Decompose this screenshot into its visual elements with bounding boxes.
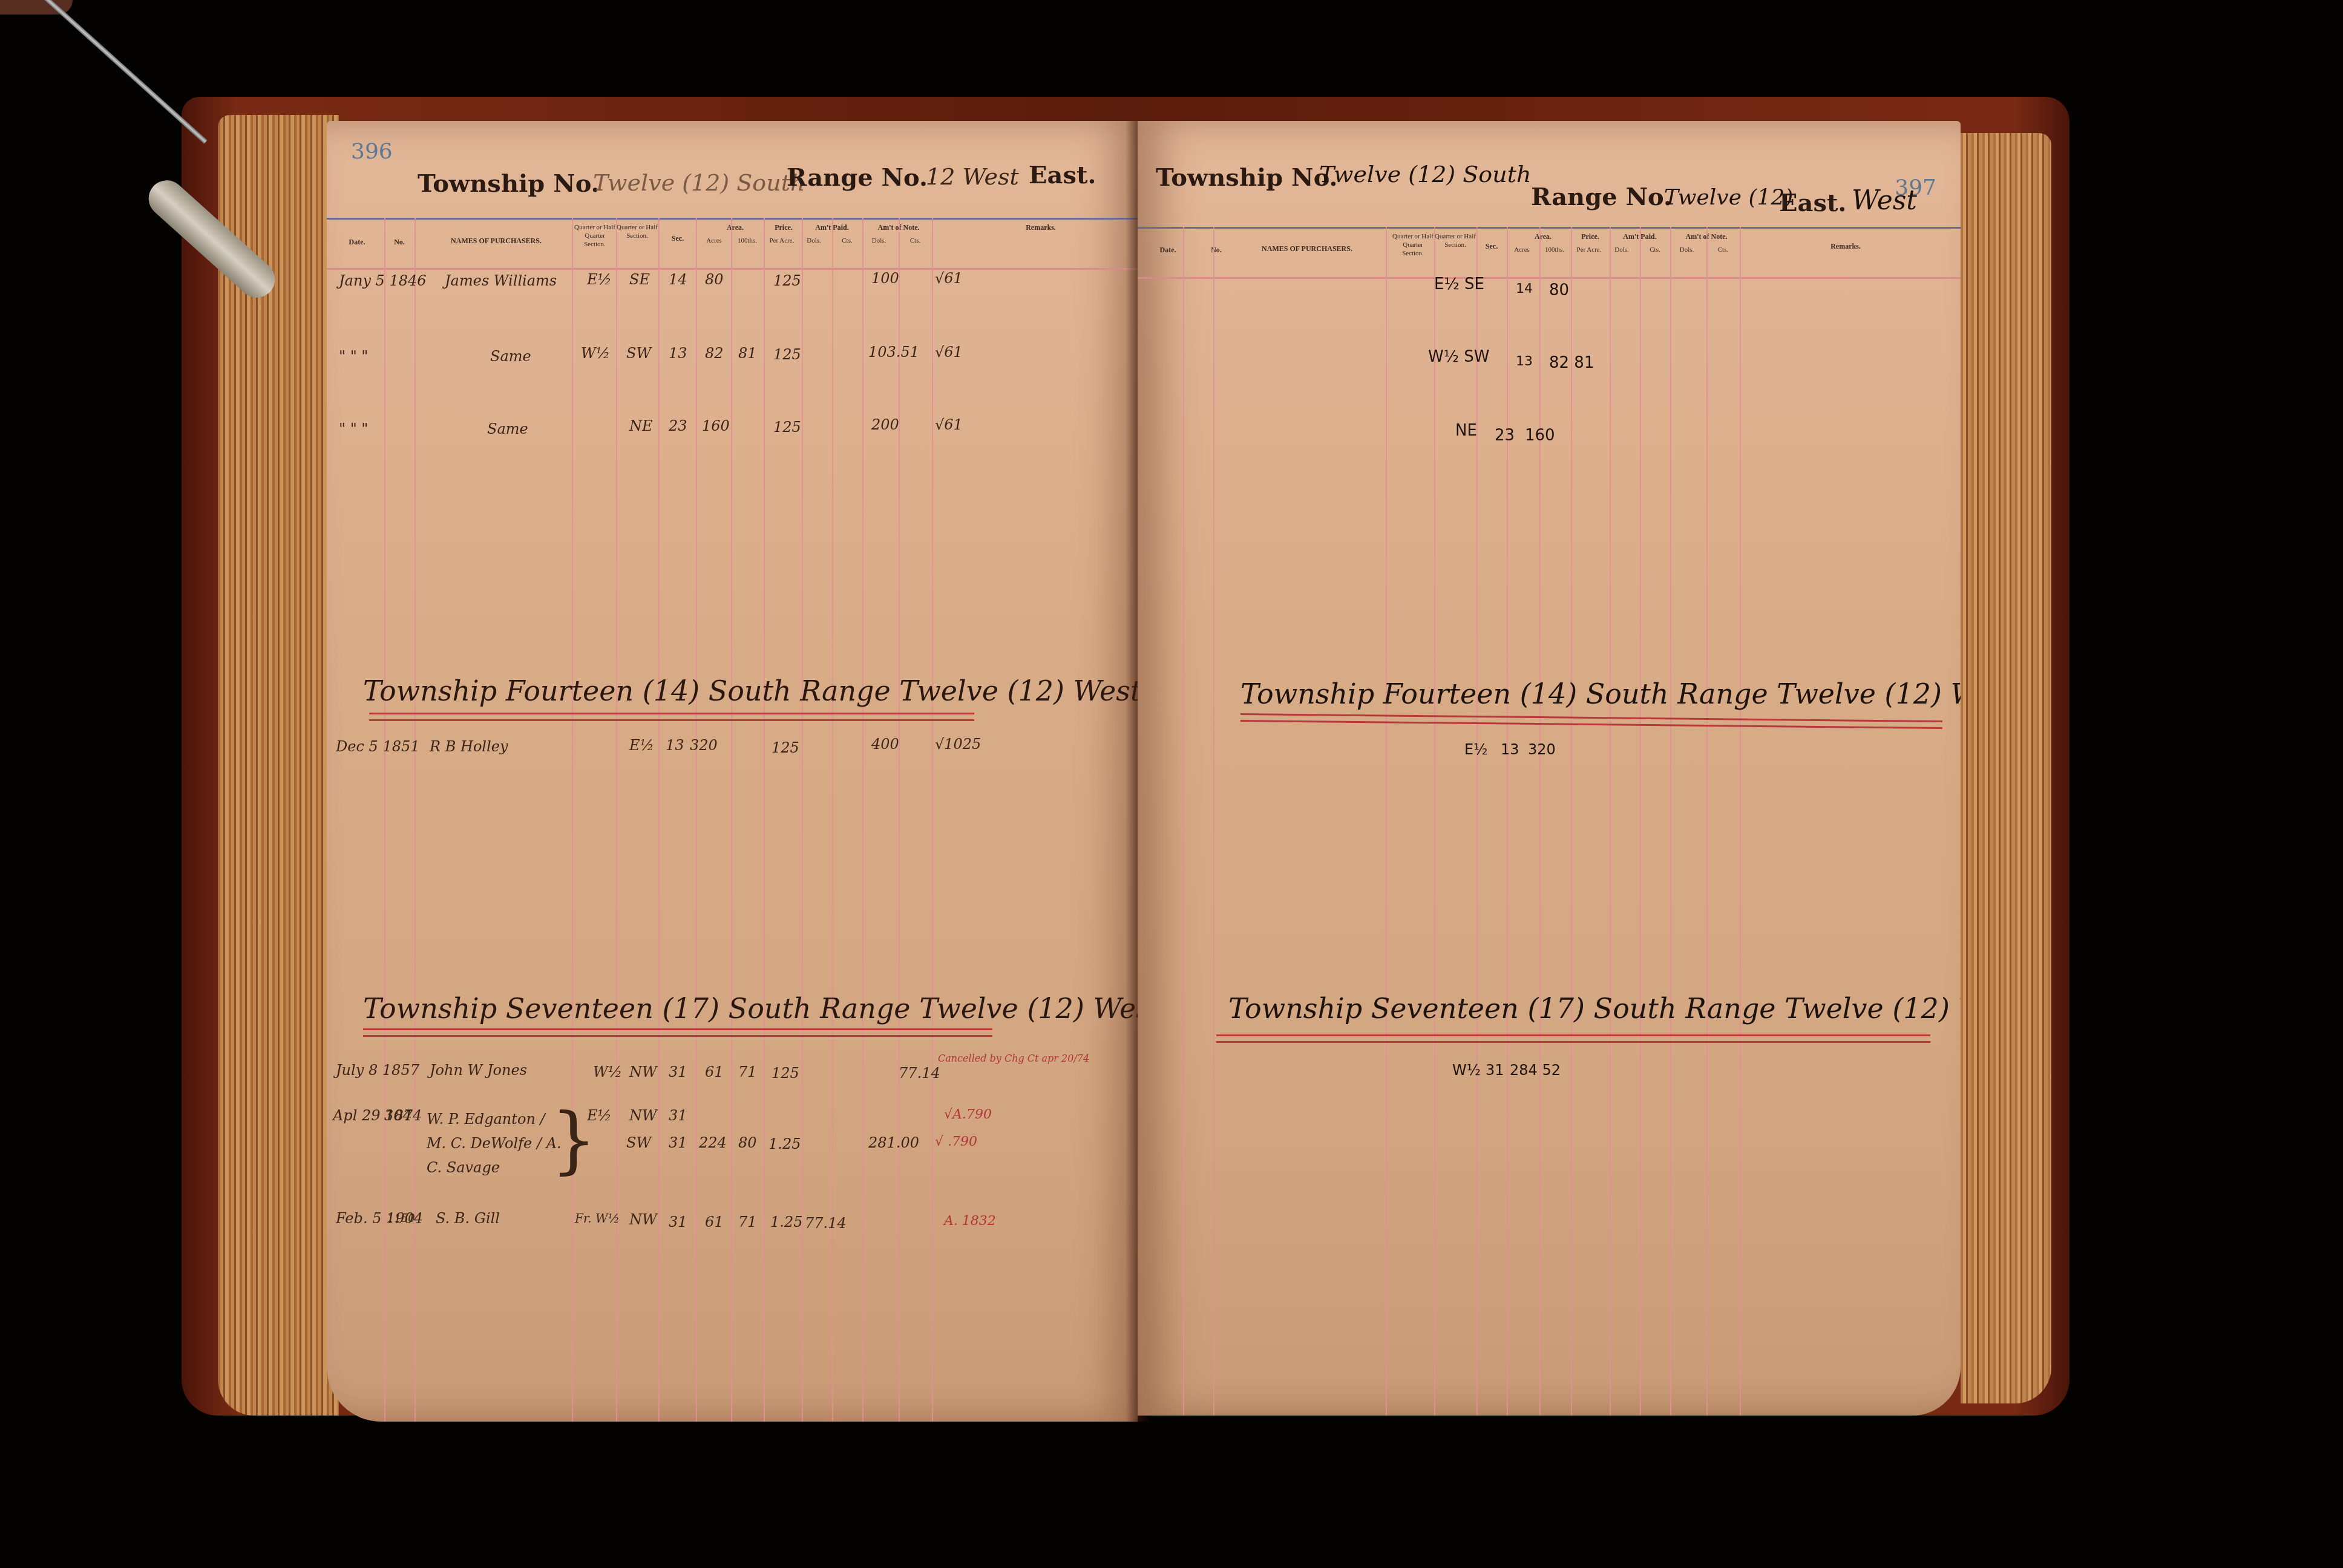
- row-q: SE: [629, 271, 650, 288]
- col-no: No.: [1207, 246, 1225, 254]
- double-underline: [1216, 1034, 1930, 1043]
- ruling: [832, 218, 833, 1422]
- ruling: [1640, 227, 1641, 1416]
- row-area: 284 52: [1510, 1062, 1561, 1079]
- col-price-per-acre: Per Acre.: [1571, 246, 1607, 254]
- ruling: [862, 218, 863, 1422]
- row-date: Jany 5 1846: [339, 272, 427, 289]
- col-remarks: Remarks.: [1809, 242, 1882, 250]
- row-price: 125: [772, 1065, 799, 1082]
- section-title: Township Fourteen (14) South Range Twelv…: [363, 675, 1138, 707]
- ruling: [1476, 227, 1478, 1416]
- row-qq: Fr. W½: [575, 1211, 620, 1226]
- row-tract: W½ SW: [1428, 348, 1489, 366]
- col-area-acres: Acres: [1507, 246, 1537, 254]
- row-name: W. P. Edganton / M. C. DeWolfe / A. C. S…: [427, 1107, 566, 1180]
- row-price: 125: [772, 739, 799, 756]
- row-note: 281.00: [868, 1134, 919, 1151]
- row-area: 80: [1549, 281, 1569, 299]
- col-paid-cts: Cts.: [1643, 246, 1667, 254]
- col-date: Date.: [339, 238, 375, 246]
- double-underline: [369, 713, 974, 721]
- double-underline: [1240, 713, 1942, 729]
- township-label: Township No.: [418, 169, 600, 198]
- col-date: Date.: [1150, 246, 1186, 254]
- row-note: 200: [871, 416, 899, 433]
- row-name: John W Jones: [430, 1062, 527, 1079]
- row-area: 320: [1528, 741, 1556, 758]
- page-block-left-edge: [218, 115, 339, 1416]
- row-area: 160: [1525, 426, 1555, 445]
- col-price-per-acre: Per Acre.: [764, 237, 800, 245]
- row-note: 400: [871, 736, 899, 753]
- col-note-dols: Dols.: [865, 237, 893, 245]
- col-price: Price.: [1572, 232, 1608, 241]
- row-q: NE: [629, 417, 653, 434]
- col-remarks: Remarks.: [1004, 223, 1077, 232]
- row-hundredths: 80: [738, 1134, 757, 1151]
- double-underline: [363, 1028, 992, 1037]
- col-names: NAMES OF PURCHASERS.: [436, 237, 557, 245]
- col-paid-dols: Dols.: [802, 237, 826, 245]
- ruling: [696, 218, 697, 1422]
- row-acres: 320: [690, 737, 718, 754]
- row-remark: √61: [935, 344, 963, 361]
- row-q: SW: [626, 345, 651, 362]
- left-page: 396 Township No. Twelve (12) South Range…: [327, 121, 1138, 1422]
- row-no: 1150: [387, 1212, 415, 1225]
- row-remark: √61: [935, 416, 963, 433]
- row-price: 1.25: [768, 1135, 801, 1152]
- row-tract: E½ SE: [1434, 275, 1484, 293]
- ruling: [415, 218, 416, 1422]
- row-sec: 14: [669, 271, 687, 288]
- row-hundredths: 71: [738, 1214, 757, 1230]
- row-name: James Williams: [445, 272, 557, 289]
- row-note: 103.51: [868, 344, 919, 361]
- spatula-rod: [24, 0, 208, 144]
- row-sec: 23: [669, 417, 687, 434]
- col-no: No.: [390, 238, 408, 246]
- col-qq-section: Quarter or Half Quarter Section.: [1392, 232, 1434, 258]
- row-sec: 31: [669, 1063, 687, 1080]
- row-acres: 61: [705, 1214, 724, 1230]
- row-q: E½: [629, 737, 654, 754]
- col-paid-dols: Dols.: [1610, 246, 1634, 254]
- row-qq: W½: [581, 345, 610, 362]
- row-remark: A. 1832: [944, 1214, 996, 1229]
- range-label: Range No.: [787, 163, 928, 192]
- row-tract: W½: [1452, 1062, 1481, 1079]
- col-area-hundredths: 100ths.: [732, 237, 762, 245]
- col-area: Area.: [705, 223, 765, 232]
- row-remark: Cancelled by Chg Ct apr 20/74: [938, 1053, 1089, 1064]
- ruling: [899, 218, 900, 1422]
- col-sec: Sec.: [666, 234, 690, 243]
- section-title: Township Seventeen (17) South Range Twel…: [363, 992, 1138, 1025]
- township-value: Twelve (12) South: [593, 169, 805, 196]
- row-q: NW: [629, 1211, 657, 1228]
- ruling: [1706, 227, 1708, 1416]
- row-name: R B Holley: [430, 738, 508, 755]
- col-area-acres: Acres: [699, 237, 729, 245]
- row-date: July 8 1857: [336, 1062, 419, 1079]
- row-remark: √1025: [935, 736, 981, 753]
- ruling: [1213, 227, 1214, 1416]
- row-name: Same: [487, 420, 528, 437]
- row-name: Same: [490, 348, 531, 365]
- col-q-section: Quarter or Half Section.: [616, 223, 658, 240]
- row-price: 125: [773, 346, 801, 363]
- row-date: Dec 5 1851: [336, 738, 420, 755]
- township-value: Twelve (12) South: [1319, 161, 1531, 188]
- page-block-right-edge: [1961, 133, 2051, 1403]
- row-sec: 13: [1501, 741, 1519, 758]
- row-tract: E½: [1464, 741, 1487, 758]
- ruling: [658, 218, 660, 1422]
- row-acres: 61: [705, 1063, 724, 1080]
- ruling: [802, 218, 803, 1422]
- range-suffix: East.: [1029, 161, 1096, 189]
- section-title: Township Seventeen (17) South Range Twel…: [1228, 992, 1961, 1025]
- col-note-cts: Cts.: [1709, 246, 1737, 254]
- row-no: 304: [384, 1107, 412, 1124]
- row-sec: 31: [669, 1134, 687, 1151]
- row-sec: 31: [669, 1214, 687, 1230]
- right-page: 397 Township No. Twelve (12) South Range…: [1138, 121, 1961, 1416]
- row-date: " " ": [339, 348, 368, 365]
- row-price: 125: [773, 419, 801, 436]
- ruling: [932, 218, 933, 1422]
- ruling: [731, 218, 732, 1422]
- row-acres: 80: [705, 271, 724, 288]
- row-q: SW: [626, 1134, 651, 1151]
- row-remark: √A.790: [944, 1107, 992, 1122]
- range-suffix: East.: [1779, 189, 1846, 217]
- row-paid: 77.14: [805, 1215, 847, 1232]
- ruling: [1183, 227, 1184, 1416]
- row-note: 77.14: [899, 1065, 940, 1082]
- row-sec: 23: [1495, 426, 1515, 445]
- col-price: Price.: [765, 223, 802, 232]
- column-headings: Date. No. NAMES OF PURCHASERS. Quarter o…: [327, 218, 1138, 270]
- ruling: [1670, 227, 1671, 1416]
- col-q-section: Quarter or Half Section.: [1434, 232, 1476, 249]
- row-note: 100: [871, 270, 899, 287]
- row-hundredths: 81: [738, 345, 757, 362]
- row-remark: √61: [935, 270, 963, 287]
- range-value: Twelve (12): [1664, 185, 1793, 210]
- row-sec: 31: [1486, 1062, 1504, 1079]
- row-qq: E½: [587, 271, 612, 288]
- ruling: [1386, 227, 1387, 1416]
- row-hundredths: 71: [738, 1063, 757, 1080]
- row-qq: W½: [593, 1063, 622, 1080]
- ruling: [616, 218, 617, 1422]
- ruling: [1539, 227, 1541, 1416]
- col-qq-section: Quarter or Half Quarter Section.: [574, 223, 616, 249]
- row-acres: 160: [702, 417, 730, 434]
- col-note-dols: Dols.: [1673, 246, 1700, 254]
- col-area-hundredths: 100ths.: [1539, 246, 1570, 254]
- row-acres: 82: [705, 345, 724, 362]
- ruling: [1507, 227, 1508, 1416]
- row-sec: 13: [666, 737, 684, 754]
- ruling: [1740, 227, 1741, 1416]
- col-area: Area.: [1513, 232, 1573, 241]
- ruling: [1571, 227, 1572, 1416]
- col-sec: Sec.: [1480, 242, 1504, 250]
- col-paid-cts: Cts.: [835, 237, 859, 245]
- col-note-cts: Cts.: [902, 237, 929, 245]
- row-price: 1.25: [770, 1214, 802, 1230]
- section-title: Township Fourteen (14) South Range Twelv…: [1240, 678, 1961, 710]
- col-names: NAMES OF PURCHASERS.: [1247, 244, 1368, 253]
- range-label: Range No.: [1531, 183, 1672, 211]
- row-price: 125: [773, 272, 801, 289]
- ruling: [1434, 227, 1435, 1416]
- row-q: NW: [629, 1107, 657, 1124]
- row-sec: 13: [1516, 354, 1533, 369]
- ruling: [572, 218, 573, 1422]
- ruling: [764, 218, 765, 1422]
- range-value: 12 West: [926, 163, 1019, 190]
- range-direction: West: [1852, 185, 1917, 216]
- ruling: [1610, 227, 1611, 1416]
- row-sec: 14: [1516, 281, 1533, 296]
- row-sec: 13: [669, 345, 687, 362]
- row-tract: NE: [1455, 422, 1477, 440]
- township-label: Township No.: [1156, 163, 1338, 192]
- row-qq: E½: [587, 1107, 612, 1124]
- column-headings: Date. No. NAMES OF PURCHASERS. Quarter o…: [1138, 227, 1961, 279]
- row-q: NW: [629, 1063, 657, 1080]
- row-name: S. B. Gill: [436, 1210, 500, 1227]
- row-acres: 224: [699, 1134, 727, 1151]
- row-remark: √ .790: [935, 1134, 977, 1149]
- ruling: [384, 218, 385, 1422]
- row-sec: 31: [669, 1107, 687, 1124]
- row-area: 82 81: [1549, 354, 1594, 372]
- row-date: " " ": [339, 420, 368, 437]
